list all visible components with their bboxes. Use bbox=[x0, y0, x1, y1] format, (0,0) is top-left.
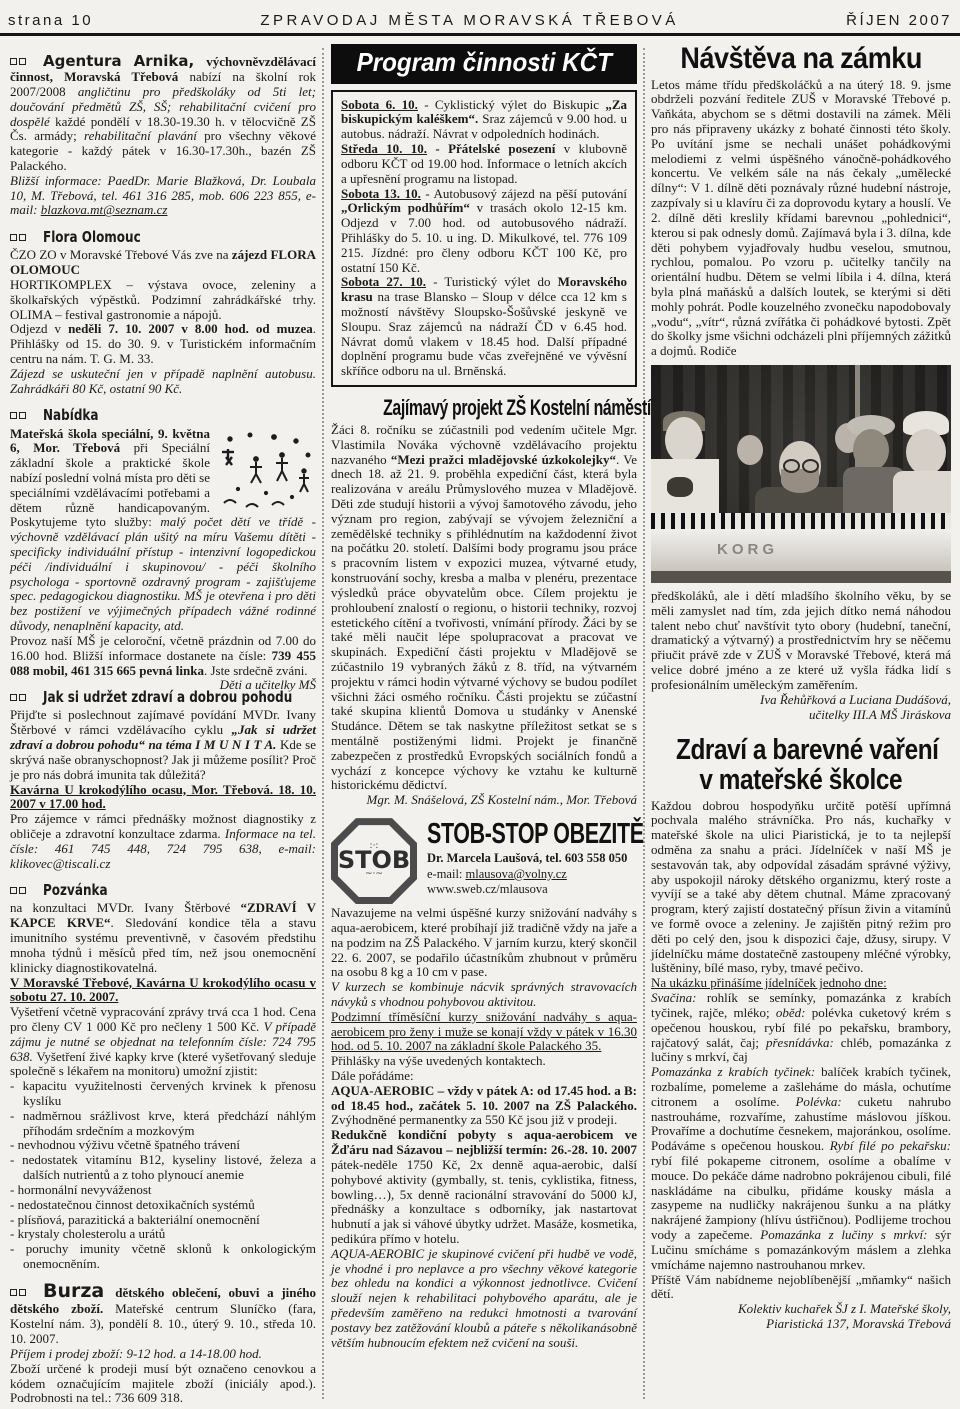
section-heading: Pozvánka bbox=[10, 881, 316, 899]
section-bullet-icon bbox=[10, 228, 28, 245]
article-burza: Burza dětského oblečení, obuvi a jiného … bbox=[10, 1281, 316, 1406]
text-run: - Autobusový zájezd na pěší putování bbox=[421, 186, 627, 201]
text-run: Burza bbox=[43, 1280, 115, 1302]
text-run: Zboží určené k prodeji musí být označeno… bbox=[10, 1361, 316, 1406]
text-run: na konzultaci MVDr. Ivany Štěrbové bbox=[10, 900, 241, 915]
text-run: Na ukázku přinášíme jídelníček jednoho d… bbox=[651, 975, 887, 990]
list-item: - nadměrnou srážlivost krve, která předc… bbox=[10, 1109, 316, 1139]
right-column: Návštěva na zámku Letos máme třídu předš… bbox=[651, 44, 951, 1332]
keyboard-body bbox=[651, 529, 951, 571]
text-run: Sobota 6. 10. bbox=[341, 97, 418, 112]
middle-column: Program činnosti KČT Sobota 6. 10. - Cyk… bbox=[331, 44, 637, 1350]
email-link[interactable]: blazkova.mt@seznam.cz bbox=[41, 202, 168, 217]
event-item: Středa 10. 10. - Přátelské posezení v kl… bbox=[341, 142, 627, 186]
photo-figure bbox=[667, 477, 693, 497]
keyboard-keys bbox=[651, 513, 951, 529]
paragraph: Dále pořádáme: bbox=[331, 1069, 637, 1084]
text-run: Příjem i prodej zboží: 9-12 hod. a 14-18… bbox=[10, 1346, 262, 1361]
article-agentura-arnika: Agentura Arnika, výchovněvzdělávací činn… bbox=[10, 53, 316, 218]
article-signature: Mgr. M. Snášelová, ZŠ Kostelní nám., Mor… bbox=[331, 793, 637, 808]
paragraph: V Moravské Třebové, Kavárna U krokodýlíh… bbox=[10, 976, 316, 1006]
text-run: Zájezd se uskuteční jen v případě naplně… bbox=[10, 366, 316, 396]
paragraph: Bližší informace: PaedDr. Marie Blažková… bbox=[10, 174, 316, 218]
text-run: Sobota 27. 10. bbox=[341, 274, 426, 289]
list-item: - poruchy imunity včetně sklonů k onkolo… bbox=[10, 1242, 316, 1272]
list-item: - hormonální nevyváženost bbox=[10, 1183, 316, 1198]
left-column: Agentura Arnika, výchovněvzdělávací činn… bbox=[10, 44, 316, 1406]
paragraph: Pro zájemce v rámci přednášky možnost di… bbox=[10, 812, 316, 871]
section-bullet-icon bbox=[10, 54, 28, 69]
newspaper-page: strana 10 ZPRAVODAJ MĚSTA MORAVSKÁ TŘEBO… bbox=[0, 0, 960, 1409]
paragraph: Agentura Arnika, výchovněvzdělávací činn… bbox=[10, 53, 316, 174]
list-item: - kapacitu využitelnosti červených krvin… bbox=[10, 1079, 316, 1109]
kct-program-banner: Program činnosti KČT bbox=[331, 44, 637, 84]
email-link[interactable]: mlausova@volny.cz bbox=[466, 867, 567, 881]
paragraph: Mateřská škola speciální, 9. května 6, M… bbox=[10, 427, 316, 634]
text-run: Polévka: bbox=[795, 1094, 841, 1109]
stob-logo-label: STOB bbox=[338, 849, 410, 871]
paragraph: Navazujeme na velmi úspěšné kurzy snižov… bbox=[331, 906, 637, 980]
text-run: Sobota 13. 10. bbox=[341, 186, 421, 201]
photo-bottom-strip bbox=[651, 571, 951, 583]
banner-title: Program činnosti KČT bbox=[356, 48, 611, 78]
text-run: přesnídávka: bbox=[766, 1035, 834, 1050]
paragraph: Zboží určené k prodeji musí být označeno… bbox=[10, 1362, 316, 1406]
paragraph: Svačina: rohlík se semínky, pomazánka z … bbox=[651, 991, 951, 1065]
article-signature: učitelky III.A MŠ Jiráskova bbox=[651, 708, 951, 723]
text-run: na trase Blansko – Sloup v délce cca 12 … bbox=[341, 289, 627, 378]
paragraph: Kavárna U krokodýlího ocasu, Mor. Třebov… bbox=[10, 783, 316, 813]
paragraph: Pomazánka z krabích tyčinek: balíček kra… bbox=[651, 1065, 951, 1272]
text-run: Přihlášky na výše uvedených kontaktech. bbox=[331, 1053, 546, 1068]
paragraph: HORTIKOMPLEX – výstava ovoce, zeleniny a… bbox=[10, 278, 316, 322]
text-run: oběd: bbox=[776, 1005, 806, 1020]
article-signature: Kolektiv kuchařek ŠJ z I. Mateřské školy… bbox=[651, 1302, 951, 1317]
text-run: Provoz naší MŠ je celoroční, včetně práz… bbox=[10, 633, 316, 663]
paragraph: Žáci 8. ročníku se zúčastnili pod vedení… bbox=[331, 423, 637, 793]
kct-program-box: Sobota 6. 10. - Cyklistický výlet do Bis… bbox=[331, 90, 637, 387]
text-run: Letos máme třídu předškoláčků a na úterý… bbox=[651, 77, 951, 359]
text-run: rehabilitační plavání bbox=[84, 128, 204, 143]
paragraph: předškoláků, ale i dětí mladšího školníh… bbox=[651, 589, 951, 693]
paragraph: AQUA-AEROBIC je skupinové cvičení při hu… bbox=[331, 1247, 637, 1351]
text-run: Každou dobrou hospodyňku určitě potěší u… bbox=[651, 798, 951, 976]
text-run: Pomazánka z krabích tyčinek: bbox=[651, 1064, 815, 1079]
article-title-zs-projekt: Zajímavý projekt ZŠ Kostelní náměstí bbox=[331, 397, 637, 420]
column-divider bbox=[322, 48, 324, 1399]
section-heading: Jak si udržet zdraví a dobrou pohodu bbox=[10, 688, 316, 706]
list-item: - plísňová, parazitická a bakteriální on… bbox=[10, 1213, 316, 1228]
children-clipart-image bbox=[216, 429, 316, 513]
paragraph: Každou dobrou hospodyňku určitě potěší u… bbox=[651, 799, 951, 977]
paragraph: na konzultaci MVDr. Ivany Štěrbové “ZDRA… bbox=[10, 901, 316, 975]
paragraph: Odjezd v neděli 7. 10. 2007 v 8.00 hod. … bbox=[10, 322, 316, 366]
paragraph: Vyšetření včetně vypracování zprávy trvá… bbox=[10, 1005, 316, 1079]
event-item: Sobota 27. 10. - Turistický výlet do Mor… bbox=[341, 275, 627, 379]
stob-stop-logo-icon: STOB bbox=[331, 818, 419, 906]
text-run: „Orlickým podhůřím“ bbox=[341, 200, 470, 215]
article-flora-olomouc: Flora Olomouc ČZO ZO v Moravské Třebové … bbox=[10, 228, 316, 396]
section-heading: Nabídka bbox=[10, 406, 316, 424]
email-link[interactable]: klikovec@tiscali.cz bbox=[10, 856, 110, 871]
text-run: Agentura Arnika, bbox=[43, 52, 206, 70]
text-run: V Moravské Třebové, Kavárna U krokodýlíh… bbox=[10, 975, 316, 1005]
article-title-vareni: Zdraví a barevné vaření v mateřské školc… bbox=[651, 736, 951, 795]
section-bullet-icon bbox=[10, 1285, 28, 1300]
article-signature: Piaristická 137, Moravská Třebová bbox=[651, 1317, 951, 1332]
paragraph: Příjem i prodej zboží: 9-12 hod. a 14-18… bbox=[10, 1347, 316, 1362]
article-signature: Iva Řehůřková a Luciana Dudášová, bbox=[651, 693, 951, 708]
text-run: AQUA-AEROBIC – vždy v pátek A: od 17.45 … bbox=[331, 1083, 637, 1113]
paragraph: Podzimní tříměsíční kurzy snižování nadv… bbox=[331, 1010, 637, 1054]
section-heading: Flora Olomouc bbox=[10, 228, 316, 246]
page-header: strana 10 ZPRAVODAJ MĚSTA MORAVSKÁ TŘEBO… bbox=[0, 0, 960, 36]
list-item: - nedostatek vitamínu B12, kyseliny list… bbox=[10, 1153, 316, 1183]
text-run: . Ve dnech 18. až 21. 9. proběhla expedi… bbox=[331, 452, 637, 793]
section-bullet-icon bbox=[10, 688, 28, 705]
article-nabidka: Nabídka bbox=[10, 406, 316, 678]
text-run: neděli 7. 10. 2007 v 8.00 hod. od muzea bbox=[68, 321, 313, 336]
list-item: - nedostatečnou činnost detoxikačních sy… bbox=[10, 1198, 316, 1213]
text-run: Přátelské posezení bbox=[448, 141, 555, 156]
section-bullet-icon bbox=[10, 881, 28, 898]
column-divider bbox=[643, 48, 645, 1399]
text-run: předškoláků, ale i dětí mladšího školníh… bbox=[651, 588, 951, 692]
text-run: “Mezi pražci mladějovské úzkokolejky“ bbox=[391, 452, 616, 467]
paragraph: Přijďte si poslechnout zajímavé povídání… bbox=[10, 708, 316, 782]
issue-date: ŘÍJEN 2007 bbox=[846, 12, 952, 29]
text-run: Podzimní tříměsíční kurzy snižování nadv… bbox=[331, 1009, 637, 1054]
photo-figure bbox=[906, 429, 946, 475]
text-run: Pomazánka z lučiny s mrkví: bbox=[760, 1227, 927, 1242]
text-run: - bbox=[427, 141, 448, 156]
text-run: Středa 10. 10. bbox=[341, 141, 427, 156]
list-item: - nevhodnou výživu včetně špatného tráve… bbox=[10, 1138, 316, 1153]
list-item: - krystaly cholesterolu a urátů bbox=[10, 1227, 316, 1242]
keyboard-brand-label: KORG bbox=[717, 541, 778, 558]
text-run: Rybí filé po pekařsku: bbox=[830, 1138, 951, 1153]
paragraph: Provoz naší MŠ je celoroční, včetně práz… bbox=[10, 634, 316, 678]
text-run: Svačina: bbox=[651, 990, 696, 1005]
paragraph: Zájezd se uskuteční jen v případě naplně… bbox=[10, 367, 316, 397]
text-run: Kavárna U krokodýlího ocasu, Mor. Třebov… bbox=[10, 782, 316, 812]
paragraph: Na ukázku přinášíme jídelníček jednoho d… bbox=[651, 976, 951, 991]
section-bullet-icon bbox=[10, 406, 28, 423]
paragraph: Přihlášky na výše uvedených kontaktech. bbox=[331, 1054, 637, 1069]
text-run: Redukčně kondiční pobyty s aqua-aerobice… bbox=[331, 1127, 637, 1157]
paragraph: Příště Vám nabídneme nejoblíbenější „mňa… bbox=[651, 1273, 951, 1303]
text-run: AQUA-AEROBIC je skupinové cvičení při hu… bbox=[331, 1246, 637, 1350]
stob-header: STOB STOB-STOP OBEZITĚ Dr. Marcela Laušo… bbox=[331, 818, 637, 906]
text-run: pátek-neděle 1750 Kč, 2x denně aqua-aero… bbox=[331, 1157, 637, 1246]
photo-figure-glasses bbox=[783, 459, 800, 473]
article-pozvanka: Pozvánka na konzultaci MVDr. Ivany Štěrb… bbox=[10, 881, 316, 1271]
text-run: HORTIKOMPLEX – výstava ovoce, zeleniny a… bbox=[10, 277, 316, 322]
text-run: . Jste srdečně zváni. bbox=[204, 663, 308, 678]
text-run: V kurzech se kombinuje nácvik správných … bbox=[331, 979, 637, 1009]
text-run: - Turistický výlet do bbox=[426, 274, 558, 289]
text-run: Vyšetření živé kapky krve (které vyšetřo… bbox=[10, 1049, 316, 1079]
page-number: strana 10 bbox=[8, 12, 93, 29]
paragraph: V kurzech se kombinuje nácvik správných … bbox=[331, 980, 637, 1010]
text-run: Zvýhodněné permanentky za 550 Kč jsou ji… bbox=[331, 1112, 617, 1127]
paragraph: Burza dětského oblečení, obuvi a jiného … bbox=[10, 1281, 316, 1347]
text-run: - Cyklistický výlet do Biskupic bbox=[418, 97, 605, 112]
text-run: Příště Vám nabídneme nejoblíbenější „mňa… bbox=[651, 1272, 951, 1302]
event-item: Sobota 13. 10. - Autobusový zájezd na pě… bbox=[341, 187, 627, 276]
photo-figure bbox=[665, 417, 703, 463]
text-run: Navazujeme na velmi úspěšné kurzy snižov… bbox=[331, 905, 637, 979]
text-run: ČZO ZO v Moravské Třebové Vás zve na bbox=[10, 247, 232, 262]
paragraph: AQUA-AEROBIC – vždy v pátek A: od 17.45 … bbox=[331, 1084, 637, 1128]
photo-figure-glasses bbox=[802, 459, 819, 473]
article-photo-children-keyboard: KORG bbox=[651, 365, 951, 583]
text-run: malý počet dětí ve třídě - výchovně vzdě… bbox=[10, 514, 316, 633]
paragraph: Letos máme třídu předškoláčků a na úterý… bbox=[651, 78, 951, 359]
photo-figure bbox=[853, 429, 889, 471]
paragraph: ČZO ZO v Moravské Třebové Vás zve na záj… bbox=[10, 248, 316, 278]
newspaper-title: ZPRAVODAJ MĚSTA MORAVSKÁ TŘEBOVÁ bbox=[260, 12, 678, 29]
article-title-navsteva: Návštěva na zámku bbox=[651, 44, 951, 75]
text-run: Dále pořádáme: bbox=[331, 1068, 414, 1083]
paragraph: Redukčně kondiční pobyty s aqua-aerobice… bbox=[331, 1128, 637, 1247]
photo-figure bbox=[781, 469, 819, 493]
photo-figure bbox=[737, 435, 763, 465]
event-item: Sobota 6. 10. - Cyklistický výlet do Bis… bbox=[341, 98, 627, 142]
text-run: Odjezd v bbox=[10, 321, 68, 336]
article-jak-si-udrzet-zdravi: Jak si udržet zdraví a dobrou pohodu Při… bbox=[10, 688, 316, 871]
